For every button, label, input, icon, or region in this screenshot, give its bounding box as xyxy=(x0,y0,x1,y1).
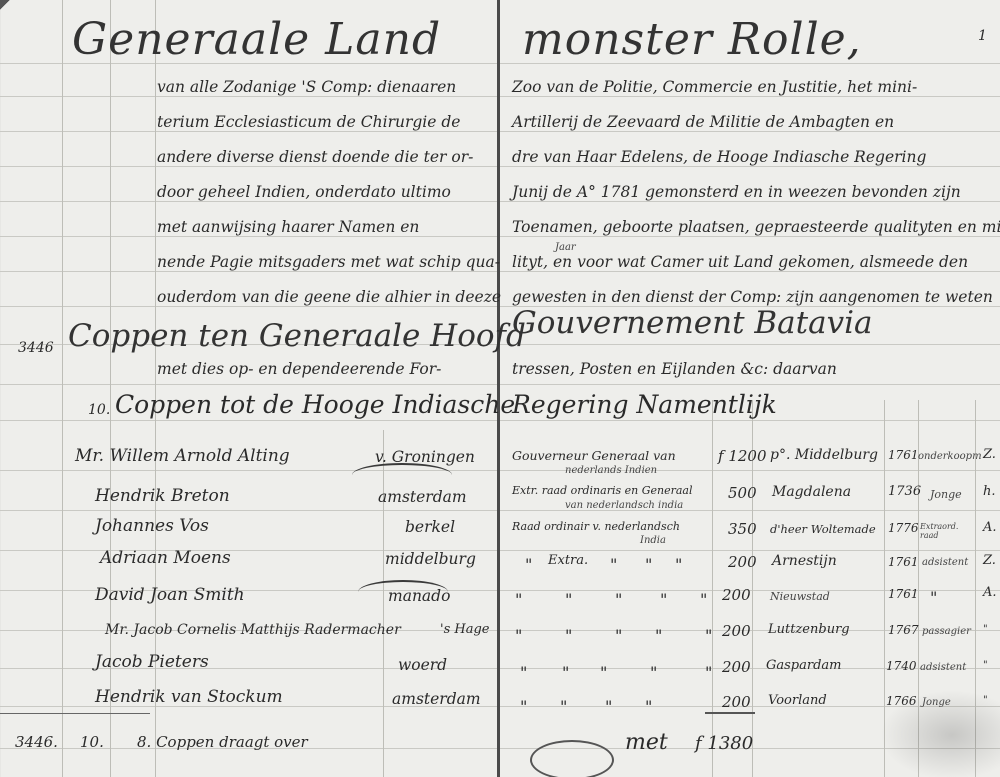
ditto-mark: " xyxy=(565,590,572,609)
entry-chamber: " xyxy=(983,695,988,706)
entry-chamber: " xyxy=(983,624,988,635)
entry-salary: 200 xyxy=(722,693,751,711)
entry-birthplace: middelburg xyxy=(385,550,476,568)
entry-year: 1761 xyxy=(888,448,919,462)
preamble-right-line: gewesten in den dienst der Comp: zijn aa… xyxy=(512,288,993,306)
total-count: 10. xyxy=(80,733,104,751)
entry-rank-sub: India xyxy=(640,535,666,546)
preamble-right-line: Junij de A° 1781 gemonsterd en in weezen… xyxy=(512,183,961,201)
ruling xyxy=(0,201,1000,202)
entry-year: 1761 xyxy=(888,587,919,601)
entry-birthplace: berkel xyxy=(405,518,455,536)
preamble-left-line: ouderdom van die geene die alhier in dee… xyxy=(157,288,501,306)
ditto-mark: " xyxy=(560,697,567,716)
page-number: 1 xyxy=(978,28,987,44)
entry-name: Adriaan Moens xyxy=(100,548,231,568)
title-right: monster Rolle, xyxy=(522,14,862,65)
entry-chamber: A. xyxy=(983,520,997,535)
preamble-left-line: andere diverse dienst doende die ter or- xyxy=(157,148,473,166)
ruling xyxy=(0,470,1000,471)
section-title-left: Coppen ten Generaale Hoofd xyxy=(68,318,526,354)
ditto-mark: " xyxy=(525,555,532,574)
entry-came-as: adsistent xyxy=(922,557,968,568)
preamble-left-line: met aanwijsing haarer Namen en xyxy=(157,218,419,236)
ruling xyxy=(0,420,1000,421)
entry-year: 1736 xyxy=(888,484,921,499)
entry-birthplace: amsterdam xyxy=(392,690,481,708)
ditto-mark: " xyxy=(700,590,707,609)
preamble-left-line: terium Ecclesiasticum de Chirurgie de xyxy=(157,113,460,131)
entry-birthplace: woerd xyxy=(398,656,447,674)
entry-ship: p°. Middelburg xyxy=(770,447,878,463)
entry-chamber: A. xyxy=(983,585,997,600)
entry-came-as: passagier xyxy=(922,626,971,637)
entry-ship: d'heer Woltemade xyxy=(770,522,876,536)
flourish-decoration xyxy=(352,463,452,487)
entry-came-as: " xyxy=(930,588,937,607)
ditto-mark: " xyxy=(615,590,622,609)
entry-came-as: Jonge xyxy=(930,488,962,501)
book-spine xyxy=(497,0,500,777)
entry-year: 1766 xyxy=(886,694,917,708)
ledger-page: 1 Generaale Land monster Rolle, van alle… xyxy=(0,0,1000,777)
entry-ship: Voorland xyxy=(768,693,827,708)
ditto-mark: " xyxy=(562,663,569,682)
ruling xyxy=(0,510,1000,511)
preamble-left-line: van alle Zodanige 'S Comp: dienaaren xyxy=(157,78,456,96)
entry-ship: Magdalena xyxy=(772,484,851,500)
entry-year: 1740 xyxy=(886,659,917,673)
entry-salary: 200 xyxy=(722,586,751,604)
ditto-mark: " xyxy=(515,626,522,645)
preamble-right-line: dre van Haar Edelens, de Hooge Indiasche… xyxy=(512,148,926,166)
section-title-right: Gouvernement Batavia xyxy=(512,305,873,341)
entry-ship: Arnestijn xyxy=(772,553,837,569)
ditto-mark: " xyxy=(520,697,527,716)
preamble-right-line: Toenamen, geboorte plaatsen, gepraesteer… xyxy=(512,218,1000,236)
entry-year: 1776 xyxy=(888,521,919,535)
ditto-mark: " xyxy=(645,555,652,574)
entry-came-as: Jonge xyxy=(922,697,951,708)
entry-came-as: onderkoopm xyxy=(918,451,982,462)
entry-salary: 350 xyxy=(728,520,757,538)
entry-salary: 500 xyxy=(728,484,757,502)
entry-rank-sub: van nederlandsch india xyxy=(565,500,683,511)
ruling xyxy=(0,96,1000,97)
total-underline xyxy=(705,712,755,714)
title-left: Generaale Land xyxy=(72,14,441,65)
ditto-mark: " xyxy=(565,626,572,645)
section-margin-number: 3446 xyxy=(18,340,54,356)
flourish-decoration xyxy=(530,740,614,777)
entry-rank-sub: nederlands Indien xyxy=(565,465,657,476)
column-rule xyxy=(712,400,713,777)
section-divider xyxy=(0,713,150,714)
entry-year: 1767 xyxy=(888,623,919,637)
entry-name: Jacob Pieters xyxy=(95,652,209,672)
total-label: met xyxy=(625,730,668,755)
total-number: 3446. xyxy=(15,733,58,751)
entry-name: Hendrik van Stockum xyxy=(95,687,283,707)
entry-rank: Gouverneur Generaal van xyxy=(512,448,676,463)
column-rule xyxy=(62,0,63,777)
section-subtitle-left: met dies op- en dependeerende For- xyxy=(157,360,441,378)
ruling xyxy=(0,236,1000,237)
ditto-mark: " xyxy=(660,590,667,609)
ditto-mark: " xyxy=(615,626,622,645)
section-title-left: Coppen tot de Hooge Indiasche xyxy=(115,390,515,419)
entry-came-as: adsistent xyxy=(920,662,966,673)
entry-chamber: Z. xyxy=(983,447,996,462)
ruling xyxy=(0,384,1000,385)
ditto-mark: " xyxy=(520,663,527,682)
entry-name: Mr. Willem Arnold Alting xyxy=(75,446,290,466)
ditto-mark: " xyxy=(705,626,712,645)
entry-chamber: " xyxy=(983,660,988,671)
preamble-right-line: lityt, en voor wat Camer uit Land gekome… xyxy=(512,253,968,271)
entry-birthplace: 's Hage xyxy=(440,622,489,637)
entry-name: Mr. Jacob Cornelis Matthijs Radermacher xyxy=(105,622,401,638)
ditto-mark: " xyxy=(650,663,657,682)
ditto-mark: " xyxy=(610,555,617,574)
preamble-left-line: door geheel Indien, onderdato ultimo xyxy=(157,183,451,201)
ditto-mark: " xyxy=(655,626,662,645)
preamble-left-line: nende Pagie mitsgaders met wat schip qua… xyxy=(157,253,500,271)
entry-chamber: Z. xyxy=(983,553,996,568)
flourish-decoration xyxy=(358,580,448,604)
entry-ship: Nieuwstad xyxy=(770,590,830,603)
entry-name: Hendrik Breton xyxy=(95,486,230,506)
entry-salary: 200 xyxy=(728,553,757,571)
entry-salary: 200 xyxy=(722,622,751,640)
ditto-mark: " xyxy=(705,663,712,682)
ditto-mark: " xyxy=(645,697,652,716)
entry-rank: Extra. xyxy=(548,553,588,568)
ruling xyxy=(0,271,1000,272)
ditto-mark: " xyxy=(600,663,607,682)
entry-ship: Luttzenburg xyxy=(768,622,850,637)
entry-salary: f 1200 xyxy=(718,447,767,465)
ruling xyxy=(0,166,1000,167)
section-subtitle-right: tressen, Posten en Eijlanden &c: daarvan xyxy=(512,360,837,378)
ditto-mark: " xyxy=(605,697,612,716)
preamble-right-line: Zoo van de Politie, Commercie en Justiti… xyxy=(512,78,917,96)
entry-chamber: h. xyxy=(983,484,996,499)
page-corner xyxy=(0,0,14,10)
entry-year: 1761 xyxy=(888,555,919,569)
preamble-right-line: Artillerij de Zeevaard de Militie de Amb… xyxy=(512,113,894,131)
ruling xyxy=(0,131,1000,132)
total-value: f 1380 xyxy=(695,733,753,754)
entry-birthplace: amsterdam xyxy=(378,488,467,506)
entry-came-as: Extraord. raad xyxy=(920,522,960,540)
entry-ship: Gaspardam xyxy=(766,658,842,673)
entry-rank: Extr. raad ordinaris en Generaal xyxy=(512,484,693,497)
superscript-note: Jaar xyxy=(555,242,576,253)
entry-name: David Joan Smith xyxy=(95,585,245,605)
entry-name: Johannes Vos xyxy=(95,516,209,536)
section-title-right: Regering Namentlijk xyxy=(512,390,777,419)
ditto-mark: " xyxy=(515,590,522,609)
carry-over-label: 8. Coppen draagt over xyxy=(137,733,308,751)
entry-rank: Raad ordinair v. nederlandsch xyxy=(512,520,680,533)
section-margin-number: 10. xyxy=(88,402,110,418)
entry-salary: 200 xyxy=(722,658,751,676)
ditto-mark: " xyxy=(675,555,682,574)
